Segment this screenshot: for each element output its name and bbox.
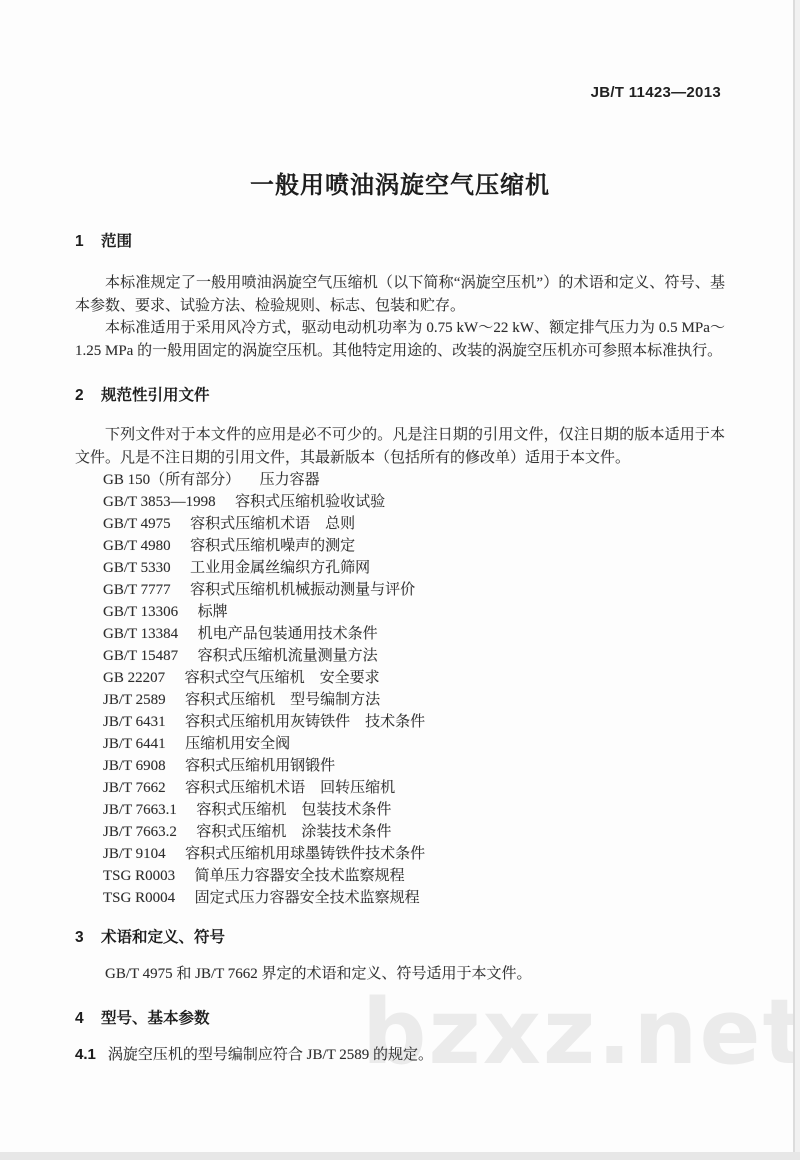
reference-title: 容积式压缩机术语 总则 xyxy=(190,516,355,532)
section-terms-title: 术语和定义、符号 xyxy=(101,929,225,946)
standard-code: JB/T 11423—2013 xyxy=(591,84,721,101)
section-terms-number: 3 xyxy=(75,929,84,947)
reference-item: GB/T 4980 容积式压缩机噪声的测定 xyxy=(103,535,743,557)
reference-title: 容积式压缩机用球墨铸铁件技术条件 xyxy=(185,846,425,862)
document-title: 一般用喷油涡旋空气压缩机 xyxy=(0,165,800,200)
references-intro-paragraph: 下列文件对于本文件的应用是必不可少的。凡是注日期的引用文件，仅注日期的版本适用于… xyxy=(75,424,725,469)
reference-item: TSG R0004 固定式压力容器安全技术监察规程 xyxy=(103,887,743,909)
reference-code: TSG R0004 xyxy=(103,890,175,906)
reference-title: 容积式压缩机 型号编制方法 xyxy=(185,692,380,708)
reference-title: 压缩机用安全阀 xyxy=(185,736,290,752)
section-scope-body: 本标准规定了一般用喷油涡旋空气压缩机（以下简称“涡旋空压机”）的术语和定义、符号… xyxy=(75,272,725,362)
reference-item: TSG R0003 简单压力容器安全技术监察规程 xyxy=(103,865,743,887)
reference-title: 简单压力容器安全技术监察规程 xyxy=(195,868,405,884)
reference-item: JB/T 7662 容积式压缩机术语 回转压缩机 xyxy=(103,777,743,799)
section-references-title: 规范性引用文件 xyxy=(101,387,210,404)
reference-item: JB/T 6441 压缩机用安全阀 xyxy=(103,733,743,755)
reference-code: JB/T 6441 xyxy=(103,736,166,752)
reference-title: 容积式压缩机机械振动测量与评价 xyxy=(190,582,415,598)
reference-title: 容积式压缩机用灰铸铁件 技术条件 xyxy=(185,714,425,730)
reference-title: 容积式压缩机 涂装技术条件 xyxy=(196,824,391,840)
scan-bottom-edge xyxy=(0,1152,800,1160)
reference-item: JB/T 6908 容积式压缩机用钢锻件 xyxy=(103,755,743,777)
section-terms-heading: 3 术语和定义、符号 xyxy=(75,925,225,947)
section-references-number: 2 xyxy=(75,387,84,405)
section-model-title: 型号、基本参数 xyxy=(101,1010,210,1027)
clause-4-1-number: 4.1 xyxy=(75,1046,96,1063)
scope-paragraph-2: 本标准适用于采用风冷方式，驱动电动机功率为 0.75 kW～22 kW、额定排气… xyxy=(75,317,725,362)
reference-code: JB/T 7663.1 xyxy=(103,802,177,818)
clause-4-1-text: 涡旋空压机的型号编制应符合 JB/T 2589 的规定。 xyxy=(108,1047,433,1063)
reference-title: 机电产品包装通用技术条件 xyxy=(198,626,378,642)
reference-title: 固定式压力容器安全技术监察规程 xyxy=(195,890,420,906)
clause-4-1: 4.1涡旋空压机的型号编制应符合 JB/T 2589 的规定。 xyxy=(75,1044,725,1067)
reference-item: JB/T 9104 容积式压缩机用球墨铸铁件技术条件 xyxy=(103,843,743,865)
reference-item: GB/T 15487 容积式压缩机流量测量方法 xyxy=(103,645,743,667)
section-terms-body: GB/T 4975 和 JB/T 7662 界定的术语和定义、符号适用于本文件。 xyxy=(75,963,725,986)
scan-edge-strip xyxy=(795,0,800,1160)
reference-title: 工业用金属丝编织方孔筛网 xyxy=(190,560,370,576)
reference-title: 容积式压缩机验收试验 xyxy=(235,494,385,510)
reference-code: GB/T 3853—1998 xyxy=(103,494,216,510)
section-scope-title: 范围 xyxy=(101,233,132,250)
section-model-heading: 4 型号、基本参数 xyxy=(75,1006,209,1028)
section-references-heading: 2 规范性引用文件 xyxy=(75,383,209,405)
terms-paragraph: GB/T 4975 和 JB/T 7662 界定的术语和定义、符号适用于本文件。 xyxy=(75,963,725,986)
reference-title: 标牌 xyxy=(198,604,228,620)
reference-code: JB/T 6908 xyxy=(103,758,166,774)
references-intro: 下列文件对于本文件的应用是必不可少的。凡是注日期的引用文件，仅注日期的版本适用于… xyxy=(75,424,725,469)
reference-title: 容积式压缩机用钢锻件 xyxy=(185,758,335,774)
reference-code: JB/T 7662 xyxy=(103,780,166,796)
reference-title: 容积式压缩机流量测量方法 xyxy=(198,648,378,664)
reference-code: GB/T 4975 xyxy=(103,516,171,532)
reference-item: JB/T 6431 容积式压缩机用灰铸铁件 技术条件 xyxy=(103,711,743,733)
section-scope-number: 1 xyxy=(75,233,84,251)
reference-item: GB/T 13306 标牌 xyxy=(103,601,743,623)
reference-code: GB/T 13306 xyxy=(103,604,178,620)
reference-code: JB/T 7663.2 xyxy=(103,824,177,840)
scope-paragraph-1: 本标准规定了一般用喷油涡旋空气压缩机（以下简称“涡旋空压机”）的术语和定义、符号… xyxy=(75,272,725,317)
reference-item: JB/T 7663.2 容积式压缩机 涂装技术条件 xyxy=(103,821,743,843)
reference-item: GB 150（所有部分） 压力容器 xyxy=(103,469,743,491)
reference-code: JB/T 2589 xyxy=(103,692,166,708)
document-page: bzxz.net JB/T 11423—2013 一般用喷油涡旋空气压缩机 1 … xyxy=(0,0,800,1160)
reference-code: GB/T 4980 xyxy=(103,538,171,554)
reference-title: 容积式压缩机术语 回转压缩机 xyxy=(185,780,395,796)
reference-code: GB 150（所有部分） xyxy=(103,472,240,488)
reference-list: GB 150（所有部分） 压力容器 GB/T 3853—1998 容积式压缩机验… xyxy=(103,469,743,909)
reference-code: GB/T 15487 xyxy=(103,648,178,664)
reference-item: GB/T 13384 机电产品包装通用技术条件 xyxy=(103,623,743,645)
reference-code: JB/T 6431 xyxy=(103,714,166,730)
reference-code: GB/T 5330 xyxy=(103,560,171,576)
reference-code: JB/T 9104 xyxy=(103,846,166,862)
reference-item: GB/T 7777 容积式压缩机机械振动测量与评价 xyxy=(103,579,743,601)
reference-item: GB 22207 容积式空气压缩机 安全要求 xyxy=(103,667,743,689)
reference-code: GB 22207 xyxy=(103,670,165,686)
reference-code: GB/T 13384 xyxy=(103,626,178,642)
section-scope-heading: 1 范围 xyxy=(75,229,132,251)
reference-item: JB/T 2589 容积式压缩机 型号编制方法 xyxy=(103,689,743,711)
reference-code: TSG R0003 xyxy=(103,868,175,884)
reference-title: 压力容器 xyxy=(260,472,320,488)
reference-item: GB/T 3853—1998 容积式压缩机验收试验 xyxy=(103,491,743,513)
reference-item: GB/T 5330 工业用金属丝编织方孔筛网 xyxy=(103,557,743,579)
reference-title: 容积式压缩机噪声的测定 xyxy=(190,538,355,554)
section-model-number: 4 xyxy=(75,1010,84,1028)
reference-item: JB/T 7663.1 容积式压缩机 包装技术条件 xyxy=(103,799,743,821)
reference-title: 容积式压缩机 包装技术条件 xyxy=(196,802,391,818)
reference-title: 容积式空气压缩机 安全要求 xyxy=(185,670,380,686)
reference-item: GB/T 4975 容积式压缩机术语 总则 xyxy=(103,513,743,535)
reference-code: GB/T 7777 xyxy=(103,582,171,598)
